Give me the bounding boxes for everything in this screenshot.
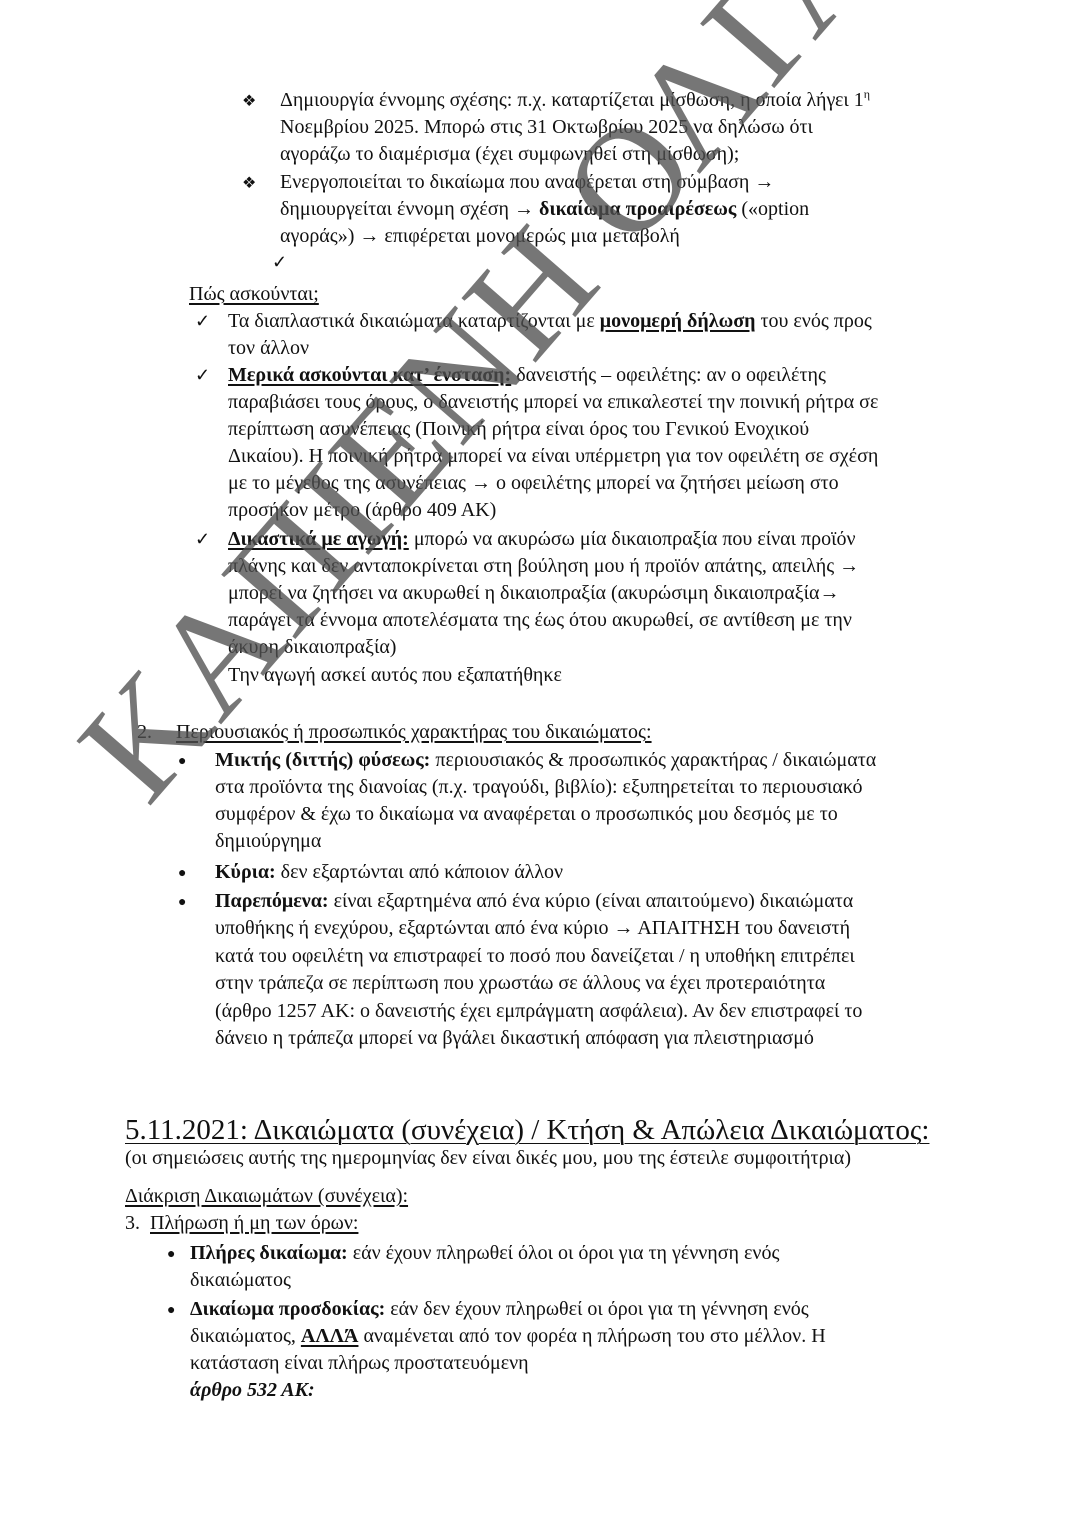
bullet-dot-icon: ● [178,860,186,887]
bullet-line: αγοράζω το διαμέρισμα (έχει συμφωνηθεί σ… [280,141,739,168]
check-item-line: Μερικά ασκούνται κατ’ ένσταση: δανειστής… [228,362,826,389]
section-heading: Πώς ασκούνται; [189,281,319,308]
check-item-line: προσήκον μέτρο (άρθρο 409 ΑΚ) [228,497,496,524]
section-number: 2. [137,719,152,746]
bullet-item-line: δάνειο η τράπεζα μπορεί να βγάλει δικαστ… [215,1025,814,1052]
check-item-line: πλάνης και δεν ανταποκρίνεται στη βούλησ… [228,553,859,580]
checkmark-icon: ✓ [195,362,210,389]
article-reference: άρθρο 532 ΑΚ: [190,1377,315,1404]
bullet-line: Νοεμβρίου 2025. Μπορώ στις 31 Οκτωβρίου … [280,114,813,141]
check-item-line: με το μέγεθος της ασυνέπειας → ο οφειλέτ… [228,470,839,497]
document-page: ❖ Δημιουργία έννομης σχέσης: π.χ. καταρτ… [0,0,1080,1527]
bold-term: δικαίωμα προαιρέσεως [539,198,736,220]
bullet-item-line: Μικτής (διττής) φύσεως: περιουσιακός & π… [215,747,876,774]
bullet-item-line: δημιούργημα [215,828,321,855]
checkmark-icon: ✓ [272,249,287,276]
bullet-item-line: Κύρια: δεν εξαρτώνται από κάποιον άλλον [215,859,563,886]
checkmark-icon: ✓ [195,526,210,553]
bullet-line: δημιουργείται έννομη σχέση → δικαίωμα πρ… [280,196,809,223]
bullet-dot-icon: ● [178,889,186,916]
check-item-line: παραβιάσει τους όρους, ο δανειστής μπορε… [228,389,878,416]
bullet-line: Ενεργοποιείται το δικαίωμα που αναφέρετα… [280,169,774,196]
bullet-line: Δημιουργία έννομης σχέσης: π.χ. καταρτίζ… [280,87,870,114]
bullet-item-line: στην τράπεζα σε περίπτωση που χρωστάω σε… [215,970,825,997]
bullet-dot-icon: ● [167,1297,175,1324]
lecture-title: 5.11.2021: Δικαιώματα (συνέχεια) / Κτήση… [125,1112,929,1148]
bullet-item-line: (άρθρο 1257 ΑΚ: ο δανειστής έχει εμπράγμ… [215,998,862,1025]
bullet-dot-icon: ● [167,1241,175,1268]
check-item-line: τον άλλον [228,335,309,362]
lecture-note: (οι σημειώσεις αυτής της ημερομηνίας δεν… [125,1145,851,1172]
section-heading: Πλήρωση ή μη των όρων: [150,1210,358,1237]
bullet-item-line: Πλήρες δικαίωμα: εάν έχουν πληρωθεί όλοι… [190,1240,779,1267]
bullet-dot-icon: ● [178,748,186,775]
check-item-line: μπορεί να ζητήσει να ακυρωθεί η δικαιοπρ… [228,580,839,607]
check-item-line: παράγει τα έννομα αποτελέσματα της έως ό… [228,607,852,634]
check-item-line: Δικαίου). Η ποινική ρήτρα μπορεί να είνα… [228,443,878,470]
bullet-item-line: κατάσταση είναι πλήρως προστατευόμενη [190,1350,529,1377]
checkmark-icon: ✓ [195,308,210,335]
check-item-line: Τα διαπλαστικά δικαιώματα καταρτίζονται … [228,308,872,335]
bullet-item-line: συμφέρον & έχω το δικαίωμα να αναφέρεται… [215,801,838,828]
section-number: 3. [125,1210,140,1237]
bullet-item-line: Παρεπόμενα: είναι εξαρτημένα από ένα κύρ… [215,888,853,915]
superscript: η [864,87,870,101]
diamond-bullet-icon: ❖ [242,88,256,115]
section-heading: Περιουσιακός ή προσωπικός χαρακτήρας του… [176,719,652,746]
bullet-line: αγοράς») → επιφέρεται μονομερώς μια μετα… [280,223,680,250]
diamond-bullet-icon: ❖ [242,170,256,197]
subheading: Διάκριση Δικαιωμάτων (συνέχεια): [125,1183,408,1210]
check-item-line: Δικαστικά με αγωγή: μπορώ να ακυρώσω μία… [228,526,856,553]
bullet-item-line: δικαιώματος [190,1267,291,1294]
check-item-line: περίπτωση ασυνέπειας (Ποινική ρήτρα είνα… [228,416,809,443]
check-item-line: Την αγωγή ασκεί αυτός που εξαπατήθηκε [228,662,562,689]
bullet-item-line: δικαιώματος, ΑΛΛΆ αναμένεται από τον φορ… [190,1323,826,1350]
bullet-item-line: στα προϊόντα της διανοίας (π.χ. τραγούδι… [215,774,862,801]
bullet-item-line: υποθήκης ή ενεχύρου, εξαρτώνται από ένα … [215,915,850,942]
bullet-item-line: Δικαίωμα προσδοκίας: εάν δεν έχουν πληρω… [190,1296,809,1323]
bullet-item-line: κατά του οφειλέτη να επιστραφεί το ποσό … [215,943,855,970]
check-item-line: άκυρη δικαιοπραξία) [228,634,396,661]
